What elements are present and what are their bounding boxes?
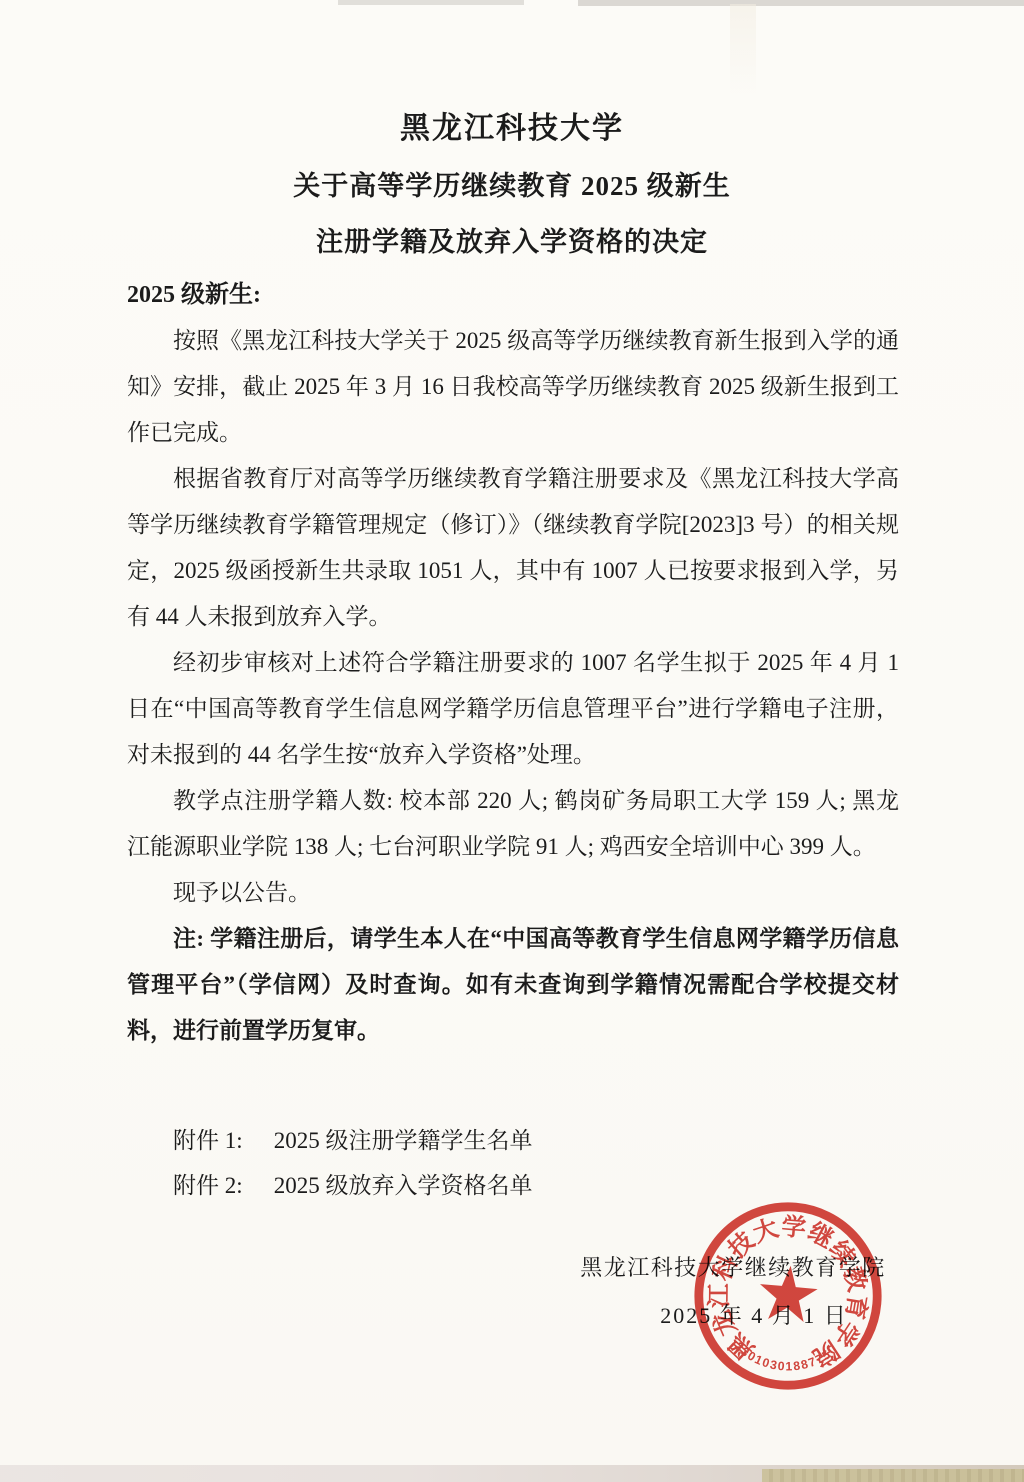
note-paragraph: 注: 学籍注册后，请学生本人在“中国高等教育学生信息网学籍学历信息管理平台”（学… [127, 916, 899, 1054]
document-page: 黑龙江科技大学 关于高等学历继续教育 2025 级新生 注册学籍及放弃入学资格的… [0, 0, 1024, 1482]
document-body: 2025 级新生: 按照《黑龙江科技大学关于 2025 级高等学历继续教育新生报… [127, 272, 899, 1054]
official-seal: 黑龙江科技大学继续教育学院 2301030188775 [682, 1190, 894, 1402]
official-seal-svg: 黑龙江科技大学继续教育学院 2301030188775 [682, 1190, 894, 1402]
attachment-row-1: 附件 1: 2025 级注册学籍学生名单 [127, 1118, 899, 1163]
attachment-1-text: 2025 级注册学籍学生名单 [274, 1128, 533, 1153]
body-paragraph-1: 按照《黑龙江科技大学关于 2025 级高等学历继续教育新生报到入学的通知》安排，… [127, 318, 899, 456]
attachment-2-label: 附件 2: [173, 1173, 243, 1198]
salutation: 2025 级新生: [127, 272, 899, 318]
seal-star-icon [757, 1263, 819, 1323]
document-header: 黑龙江科技大学 关于高等学历继续教育 2025 级新生 注册学籍及放弃入学资格的… [126, 0, 898, 258]
document-title: 黑龙江科技大学 [126, 112, 898, 146]
body-paragraph-4: 教学点注册学籍人数: 校本部 220 人; 鹤岗矿务局职工大学 159 人; 黑… [127, 778, 899, 870]
body-paragraph-5: 现予以公告。 [127, 870, 899, 916]
body-paragraph-2: 根据省教育厅对高等学历继续教育学籍注册要求及《黑龙江科技大学高等学历继续教育学籍… [127, 456, 899, 640]
scan-artifact-bottom-texture [762, 1469, 1024, 1482]
body-paragraph-3: 经初步审核对上述符合学籍注册要求的 1007 名学生拟于 2025 年 4 月 … [127, 640, 899, 778]
document-subtitle-line2: 注册学籍及放弃入学资格的决定 [126, 226, 898, 258]
attachments-section: 附件 1: 2025 级注册学籍学生名单 附件 2: 2025 级放弃入学资格名… [127, 1118, 899, 1208]
attachment-1-label: 附件 1: [173, 1128, 243, 1153]
document-subtitle-line1: 关于高等学历继续教育 2025 级新生 [126, 170, 898, 202]
attachment-2-text: 2025 级放弃入学资格名单 [274, 1173, 533, 1198]
scan-artifact-bottom-band [0, 1465, 1024, 1482]
